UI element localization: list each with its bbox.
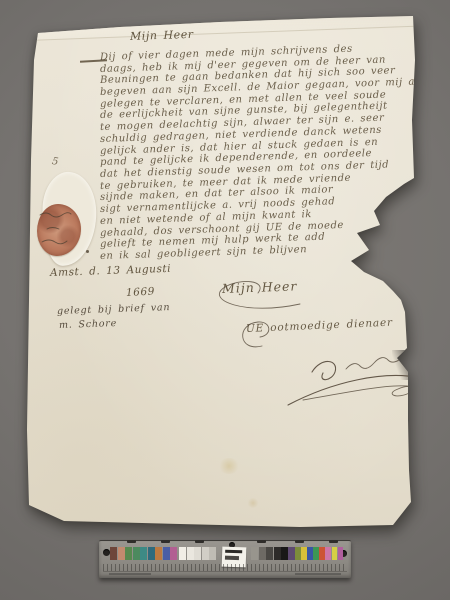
color-patch xyxy=(313,547,319,560)
color-patch xyxy=(295,547,301,560)
label-text-mark xyxy=(225,556,239,560)
signature-initial-loop xyxy=(312,361,336,379)
color-patch xyxy=(274,547,281,560)
bar-notch xyxy=(127,540,136,543)
bar-hole xyxy=(103,549,110,556)
bar-notch xyxy=(295,540,304,543)
archival-note-line1: gelegt bij brief van xyxy=(57,302,171,317)
color-patch xyxy=(133,547,140,560)
letter-sheet: Mijn Heer Dij of vier dagen mede mijn sc… xyxy=(0,0,450,600)
color-patch xyxy=(325,547,331,560)
bar-notch xyxy=(257,540,266,543)
label-text-mark xyxy=(225,550,242,554)
letter-sheet-wrapper: Mijn Heer Dij of vier dagen mede mijn sc… xyxy=(0,0,450,600)
closing-salute: Mijn Heer xyxy=(222,278,298,296)
color-patch xyxy=(307,547,313,560)
valediction: UE ootmoedige dienaer xyxy=(246,317,393,335)
color-patch xyxy=(179,547,186,560)
color-patch xyxy=(148,547,155,560)
color-patch-row-right xyxy=(295,547,343,560)
purple-patch xyxy=(288,547,295,560)
foxing-stain xyxy=(218,458,240,474)
bar-notch xyxy=(161,540,170,543)
color-patch xyxy=(338,547,344,560)
color-patch-row-left xyxy=(110,547,177,560)
color-patch xyxy=(155,547,162,560)
color-patch xyxy=(163,547,170,560)
color-patch xyxy=(266,547,273,560)
color-patch xyxy=(209,547,216,560)
signature-end-loop xyxy=(392,386,413,396)
color-patch xyxy=(110,547,117,560)
color-patch xyxy=(281,547,288,560)
dateline-year: 1669 xyxy=(126,285,156,298)
color-patch xyxy=(118,547,125,560)
color-patch xyxy=(251,547,258,560)
color-patch xyxy=(259,547,266,560)
color-calibration-bar xyxy=(99,540,351,578)
color-patch xyxy=(194,547,201,560)
marginal-mark: 5 xyxy=(51,156,59,168)
torn-edge-shadow xyxy=(392,350,416,380)
salutation: Mijn Heer xyxy=(130,28,194,43)
color-patch xyxy=(332,547,338,560)
color-patch xyxy=(140,547,147,560)
archival-note-line2: m. Schore xyxy=(59,318,117,331)
signature-cross-stroke xyxy=(303,386,423,400)
color-patch xyxy=(187,547,194,560)
bar-notch xyxy=(329,540,338,543)
photograph-stage: Mijn Heer Dij of vier dagen mede mijn sc… xyxy=(0,0,450,600)
ink-dot xyxy=(86,250,89,253)
light-step-row xyxy=(179,547,216,560)
color-patch xyxy=(301,547,307,560)
color-patch xyxy=(125,547,132,560)
gray-step-row xyxy=(251,547,288,560)
bar-notch xyxy=(195,540,204,543)
ruler-tick-scale xyxy=(103,564,347,572)
top-fold-deckle-edge xyxy=(26,0,419,41)
bar-fine-print xyxy=(109,573,151,575)
bar-fine-print xyxy=(295,573,341,575)
color-patch xyxy=(319,547,325,560)
foxing-stain xyxy=(247,498,259,508)
color-patch xyxy=(202,547,209,560)
color-patch xyxy=(170,547,177,560)
